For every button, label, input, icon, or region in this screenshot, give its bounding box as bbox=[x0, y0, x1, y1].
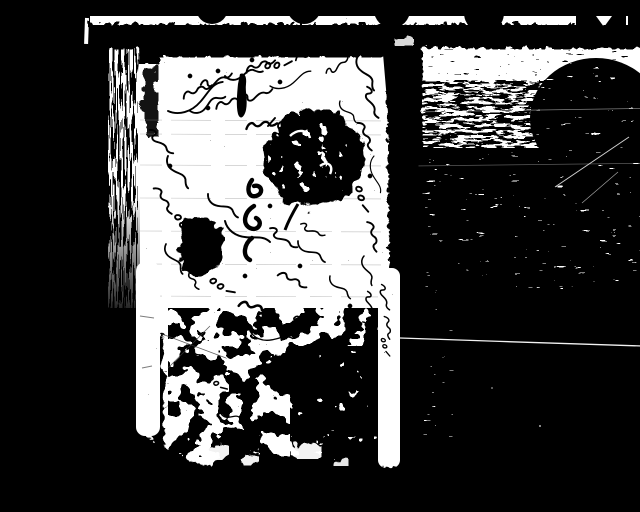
seal-mottle bbox=[268, 112, 348, 200]
paper-fragment bbox=[287, 436, 317, 456]
top-edge-band bbox=[88, 16, 640, 47]
margin-fade bbox=[106, 196, 140, 328]
gutter-edge-strip bbox=[378, 268, 400, 468]
white-margin-strip bbox=[136, 262, 160, 436]
stray-fleck bbox=[491, 387, 493, 389]
right-page-gutter-remnant bbox=[416, 268, 454, 448]
bottom-black-bar bbox=[40, 476, 640, 496]
right-page bbox=[406, 42, 640, 478]
top-black-bar bbox=[88, 22, 640, 47]
manuscript-photo bbox=[40, 16, 640, 496]
paper-fragment bbox=[199, 439, 225, 457]
band-gap bbox=[392, 36, 412, 45]
paper-fragment bbox=[238, 449, 256, 463]
stray-fleck bbox=[539, 425, 541, 427]
paper-fragment bbox=[330, 452, 346, 464]
